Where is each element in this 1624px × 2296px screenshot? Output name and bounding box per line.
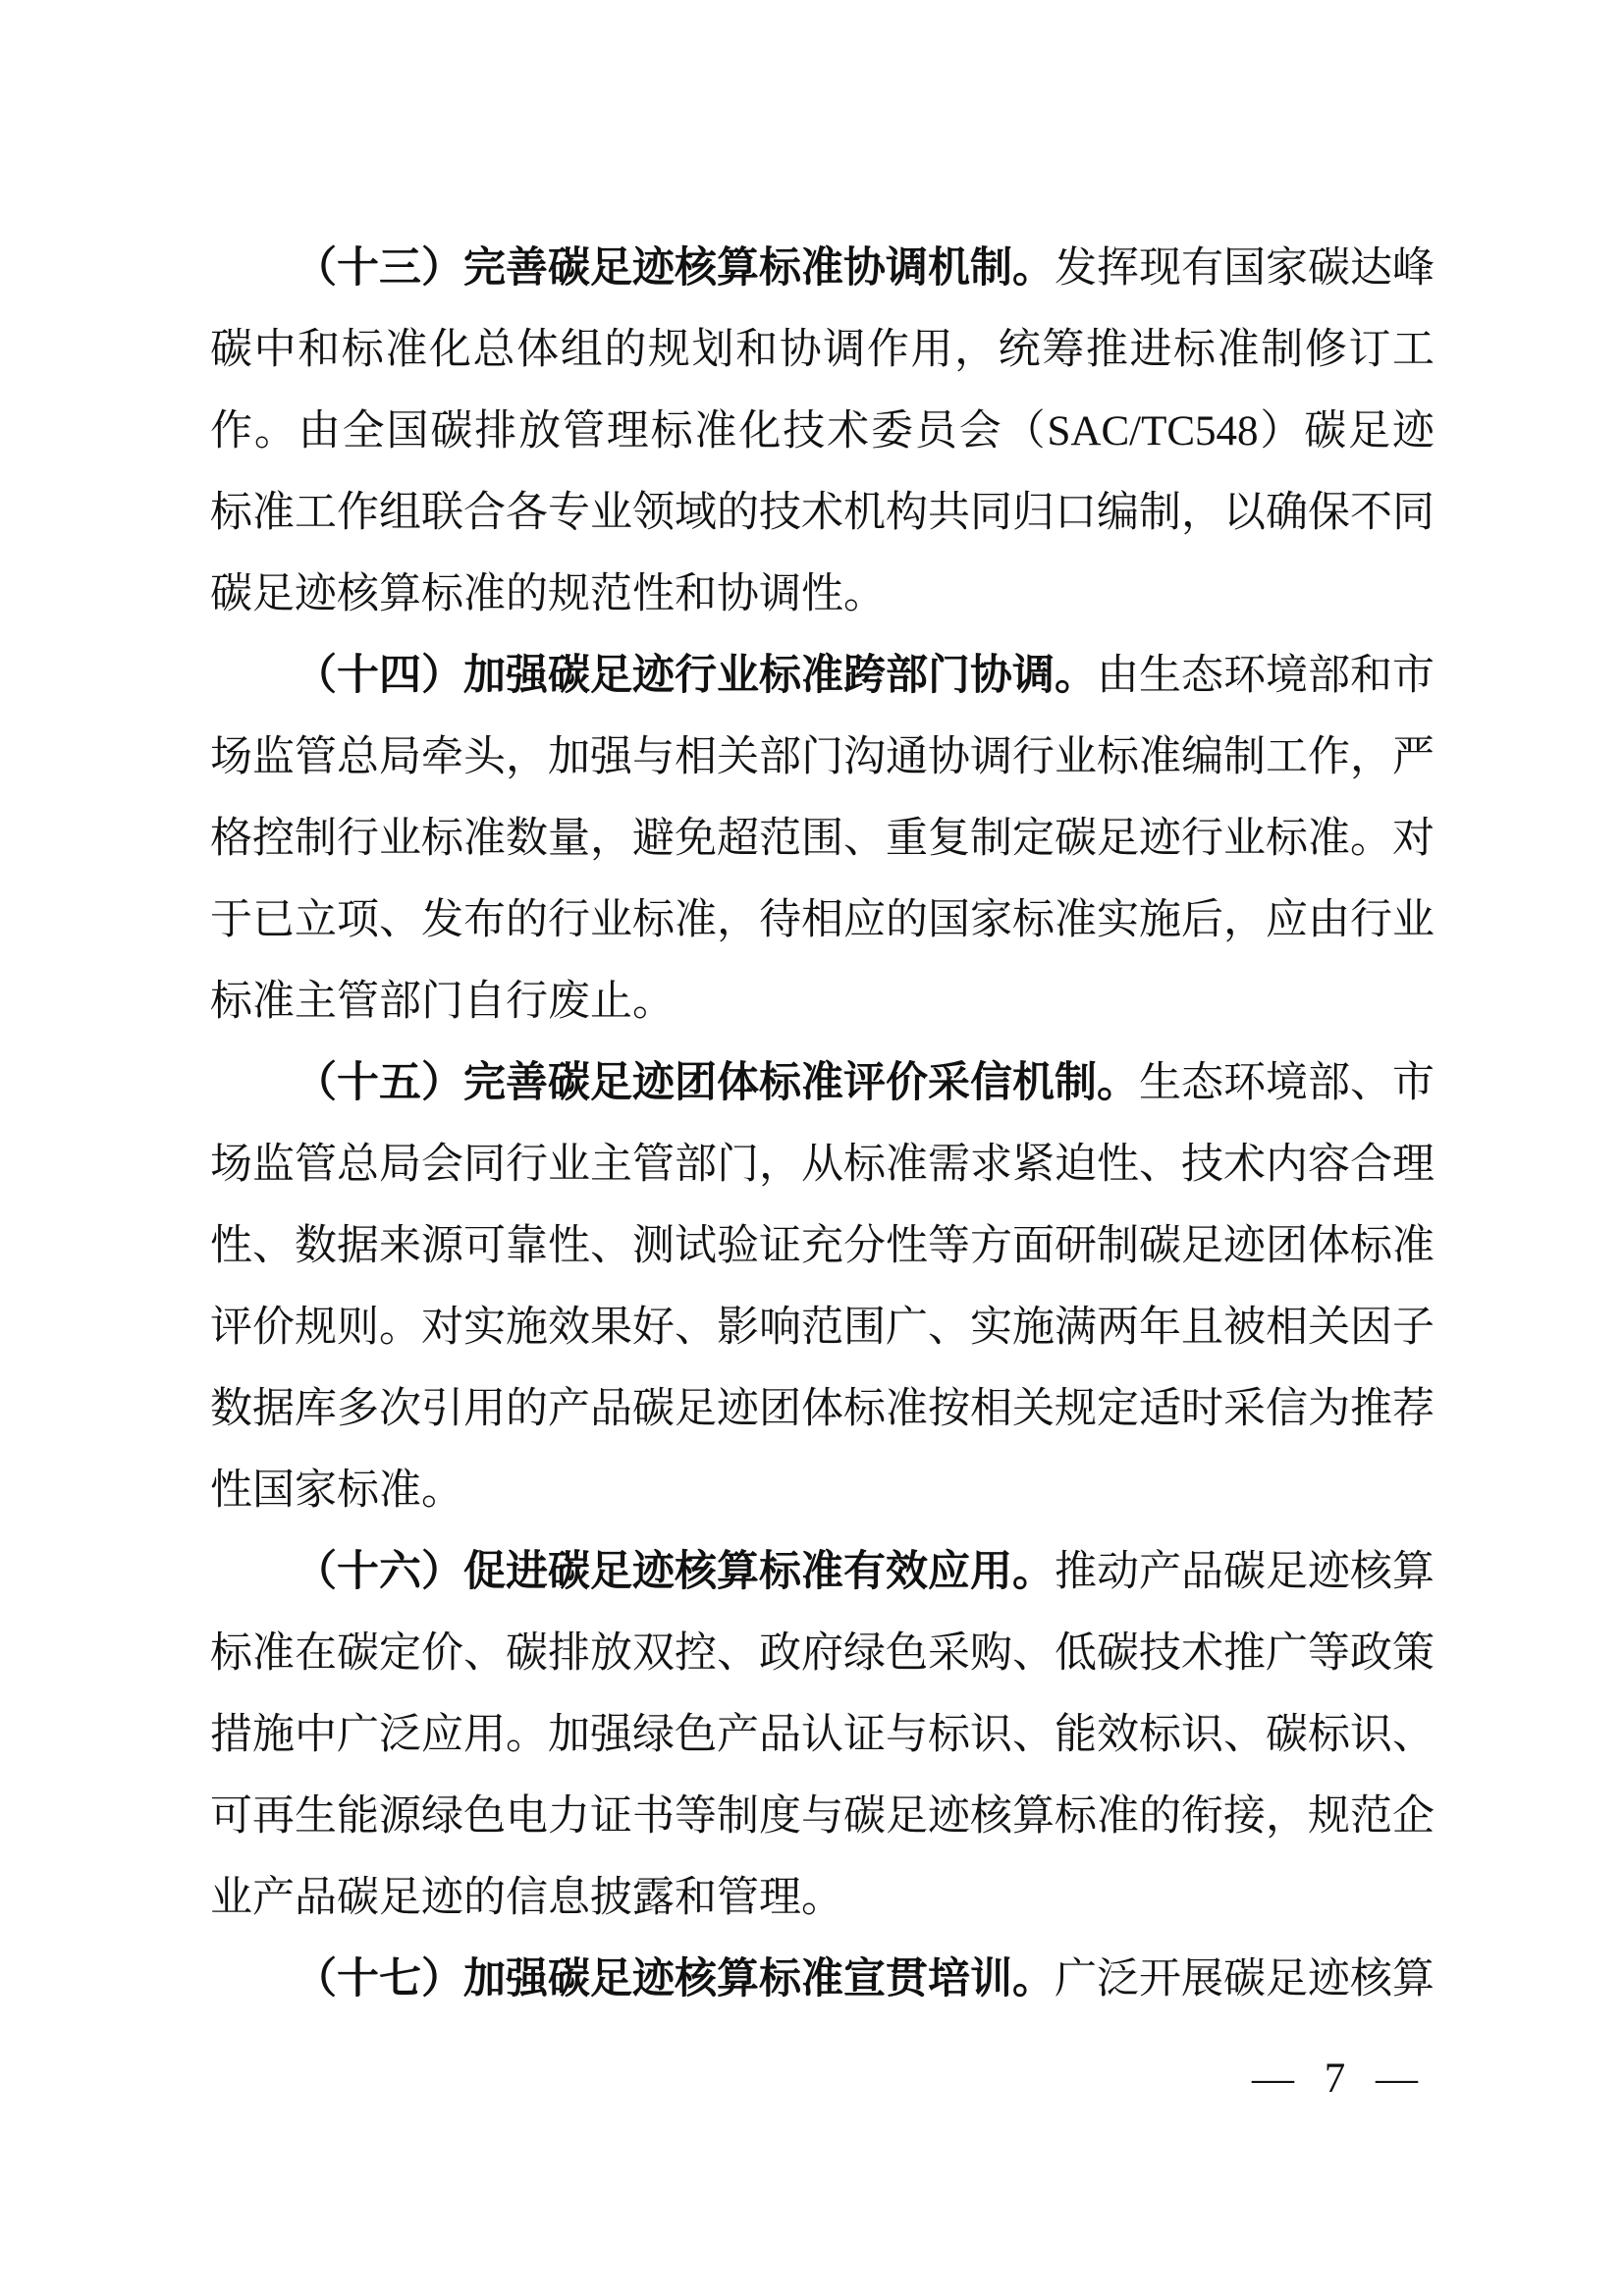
paragraph-17: （十七）加强碳足迹核算标准宣贯培训。广泛开展碳足迹核算 <box>210 1939 1435 2020</box>
paragraph-14-body: 由生态环境部和市场监管总局牵头，加强与相关部门沟通协调行业标准编制工作，严格控制… <box>210 653 1435 1025</box>
document-page: （十三）完善碳足迹核算标准协调机制。发挥现有国家碳达峰碳中和标准化总体组的规划和… <box>0 0 1624 2296</box>
paragraph-13-heading: （十三）完善碳足迹核算标准协调机制。 <box>295 245 1055 292</box>
paragraph-16-body: 推动产品碳足迹核算标准在碳定价、碳排放双控、政府绿色采购、低碳技术推广等政策措施… <box>210 1549 1435 1921</box>
paragraph-16: （十六）促进碳足迹核算标准有效应用。推动产品碳足迹核算标准在碳定价、碳排放双控、… <box>210 1531 1435 1939</box>
paragraph-17-body: 广泛开展碳足迹核算 <box>1055 1956 1435 2002</box>
document-body: （十三）完善碳足迹核算标准协调机制。发挥现有国家碳达峰碳中和标准化总体组的规划和… <box>210 228 1435 2020</box>
paragraph-13: （十三）完善碳足迹核算标准协调机制。发挥现有国家碳达峰碳中和标准化总体组的规划和… <box>210 228 1435 635</box>
paragraph-16-heading: （十六）促进碳足迹核算标准有效应用。 <box>295 1549 1055 1595</box>
paragraph-15: （十五）完善碳足迹团体标准评价采信机制。生态环境部、市场监管总局会同行业主管部门… <box>210 1042 1435 1531</box>
paragraph-13-body: 发挥现有国家碳达峰碳中和标准化总体组的规划和协调作用，统筹推进标准制修订工作。由… <box>210 245 1435 617</box>
paragraph-15-heading: （十五）完善碳足迹团体标准评价采信机制。 <box>295 1060 1139 1106</box>
page-number: — 7 — <box>1252 2050 1428 2109</box>
paragraph-14: （十四）加强碳足迹行业标准跨部门协调。由生态环境部和市场监管总局牵头，加强与相关… <box>210 635 1435 1042</box>
paragraph-17-heading: （十七）加强碳足迹核算标准宣贯培训。 <box>295 1956 1055 2002</box>
paragraph-15-body: 生态环境部、市场监管总局会同行业主管部门，从标准需求紧迫性、技术内容合理性、数据… <box>210 1060 1435 1514</box>
paragraph-14-heading: （十四）加强碳足迹行业标准跨部门协调。 <box>295 653 1097 699</box>
